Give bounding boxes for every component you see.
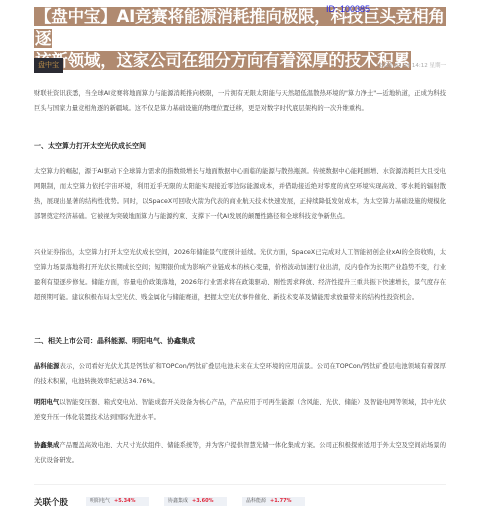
- related-stocks-title: 关联个股: [34, 496, 68, 508]
- company-text: 以智能变压器、箱式变电站、智能成套开关设备为核心产品，产品应用于可再生能源（含风…: [34, 399, 446, 421]
- stock-change: +1.77%: [270, 498, 292, 504]
- company-text: 产品覆盖高效电池、大尺寸光伏组件、储能系统等，并为客户提供智慧光储一体化集成方案…: [34, 442, 446, 464]
- company-paragraph: 明阳电气以智能变压器、箱式变电站、智能成套开关设备为核心产品，产品应用于可再生能…: [34, 395, 446, 425]
- section1-paragraph-2: 兴业证券指出，太空算力打开太空光伏成长空间，2026年储能景气度预计延续。光伏方…: [34, 245, 446, 305]
- section-heading-1: 一、太空算力打开太空光伏成长空间: [34, 141, 146, 151]
- source-tag[interactable]: 盘中宝: [34, 58, 63, 73]
- company-paragraph: 协鑫集成产品覆盖高效电池、大尺寸光伏组件、储能系统等，并为客户提供智慧光储一体化…: [34, 438, 446, 468]
- company-name[interactable]: 协鑫集成: [34, 442, 59, 449]
- section-heading-2: 二、相关上市公司：晶科能源、明阳电气、协鑫集成: [34, 336, 195, 346]
- publish-datetime: 2026.03.09 14:12 星期一: [379, 61, 446, 69]
- company-name[interactable]: 晶科能源: [34, 363, 60, 370]
- article-meta: 盘中宝 2026.03.09 14:12 星期一: [34, 58, 446, 74]
- section1-paragraph-1: 太空算力的崛起，源于AI驱动下全球算力需求的指数级增长与地面数据中心面临的能源与…: [34, 164, 446, 224]
- stock-chip[interactable]: 明阳电气+5.34%: [86, 497, 149, 506]
- stock-change: +3.60%: [192, 498, 214, 504]
- stock-name: 明阳电气: [90, 498, 110, 504]
- intro-paragraph: 财联社资讯获悉，当全球AI竞赛将地面算力与能源消耗推向极限，一片拥有无限太阳能与…: [34, 86, 446, 116]
- stock-name: 晶科能源: [246, 498, 266, 504]
- stock-chip[interactable]: 晶科能源+1.77%: [242, 497, 305, 506]
- company-text: 表示，公司看好光伏尤其是钙钛矿和TOPCon/钙钛矿叠层电池未来在太空环境的应用…: [34, 363, 446, 385]
- company-name[interactable]: 明阳电气: [34, 399, 59, 406]
- stock-chip[interactable]: 协鑫集成+3.60%: [164, 497, 227, 506]
- article-title-line1: 【盘中宝】AI竞赛将能源消耗推向极限，科技巨头竞相角逐: [34, 7, 446, 48]
- company-paragraph: 晶科能源表示，公司看好光伏尤其是钙钛矿和TOPCon/钙钛矿叠层电池未来在太空环…: [34, 359, 446, 389]
- stock-change: +5.34%: [114, 498, 136, 504]
- divider: [34, 484, 446, 485]
- id-overlay: ID: 100385: [326, 4, 370, 14]
- stock-name: 协鑫集成: [168, 498, 188, 504]
